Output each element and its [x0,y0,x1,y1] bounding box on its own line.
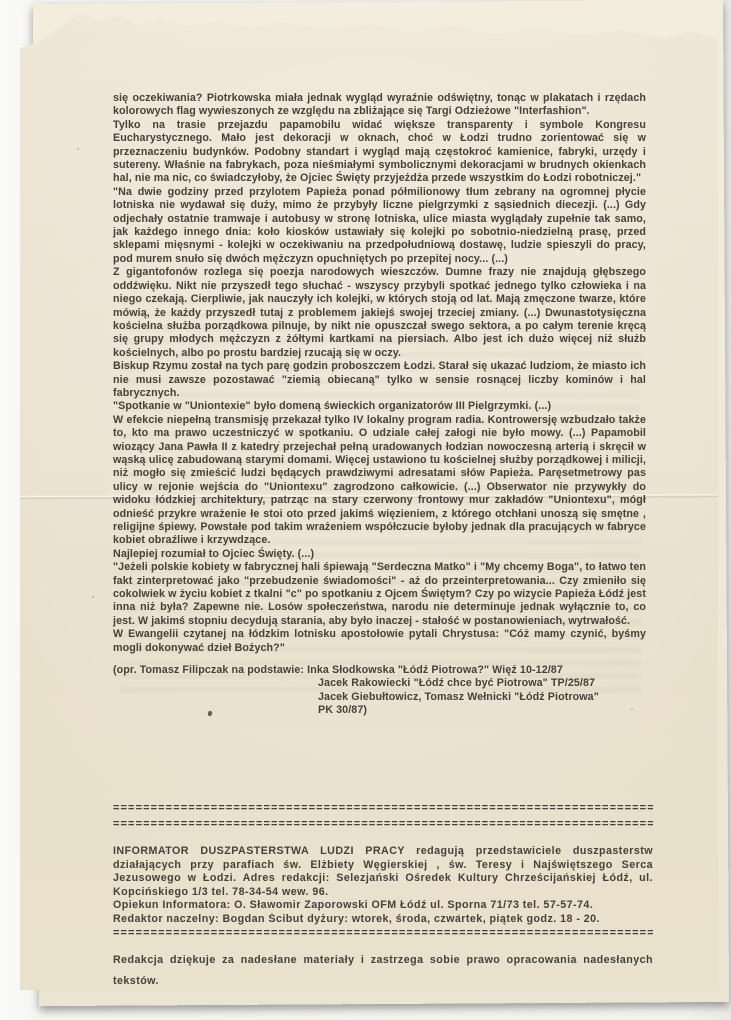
equals-divider: ========================================… [113,803,653,815]
scanned-page-background: { "document": { "paragraphs": [ "się ocz… [0,0,731,1020]
body-paragraph: "Jeżeli polskie kobiety w fabrycznej hal… [113,561,646,628]
body-paragraph: Z gigantofonów rozlega się poezja narodo… [113,266,646,360]
editorial-info: INFORMATOR DUSZPASTERSTWA LUDZI PRACY re… [113,845,653,899]
body-paragraph: Biskup Rzymu został na tych parę godzin … [113,360,646,400]
body-paragraph: W efekcie niepełną transmisję przekazał … [113,414,646,548]
credit-line: Jacek Rakowiecki "Łódź chce być Piotrowa… [318,677,646,690]
credit-line: PK 30/87) [318,704,646,717]
scanned-paper: się oczekiwania? Piotrkowska miała jedna… [20,8,718,990]
editor-line: Redaktor naczelny: Bogdan Ścibut dyżury:… [113,913,653,927]
masthead-footer: ========================================… [113,803,653,1006]
editorial-note: Redakcja dziękuje za nadesłane materiały… [113,950,653,992]
caretaker-line: Opiekun Informatora: O. Sławomir Zaporow… [113,899,653,913]
credit-line: Jacek Giebułtowicz, Tomasz Wełnicki "Łód… [318,691,646,704]
paper-specks [20,8,22,10]
body-paragraph: "Spotkanie w "Uniontexie" było domeną św… [113,400,646,413]
credit-line: (opr. Tomasz Filipczak na podstawie: Ink… [113,664,646,677]
body-paragraph: się oczekiwania? Piotrkowska miała jedna… [113,92,646,119]
source-credits: (opr. Tomasz Filipczak na podstawie: Ink… [113,664,646,718]
body-paragraph: "Na dwie godziny przed przylotem Papieża… [113,186,646,266]
body-paragraph: W Ewangelii czytanej na łódzkim lotnisku… [113,628,646,655]
body-paragraph: Tylko na trasie przejazdu papamobilu wid… [113,119,646,186]
article-body: się oczekiwania? Piotrkowska miała jedna… [113,92,646,718]
equals-divider: ========================================… [113,819,653,831]
equals-divider: ========================================… [113,928,653,940]
body-paragraph: Najlepiej rozumiał to Ojciec Święty. (..… [113,548,646,561]
